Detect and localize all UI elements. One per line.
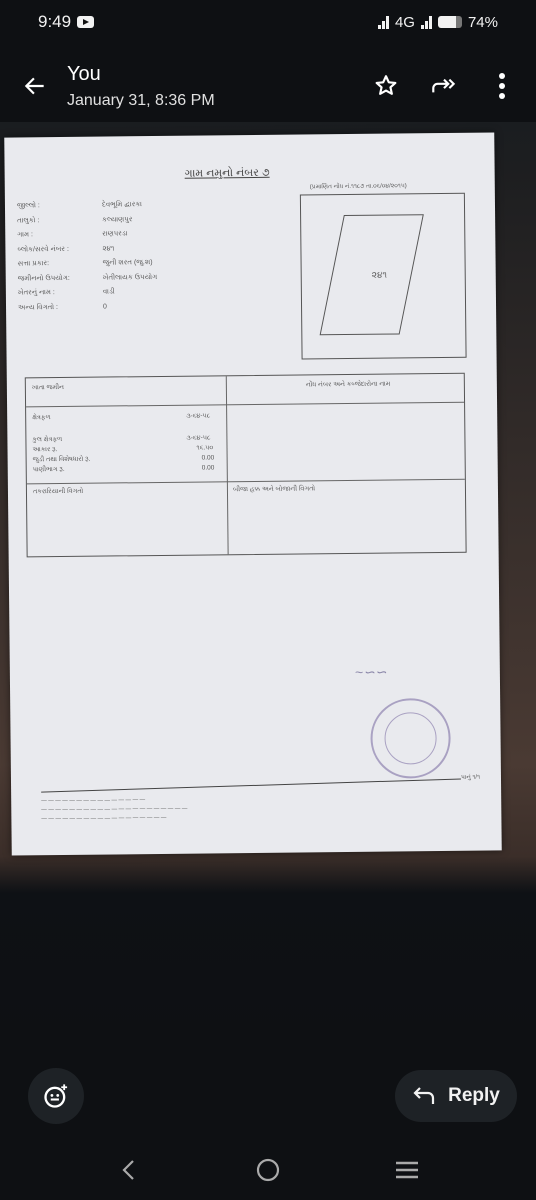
clock: 9:49 [38,12,71,32]
table-cell: 0.00 [202,464,215,471]
status-indicators: 4G 74% [378,14,498,31]
land-table: ખાતા જમીન નોંધ નંબર અને કબ્જેદારોના નામ … [25,373,467,558]
field-value: 0 [103,300,107,315]
table-header-left: ખાતા જમીન [32,384,64,392]
field-value: જુની શરત (જુ.શ) [103,256,153,271]
add-emoji-icon [42,1082,70,1110]
reply-label: Reply [448,1085,500,1107]
field-value: ૨૪૧ [102,242,114,257]
more-vert-icon [497,72,507,100]
menu-lines-icon [394,1159,420,1181]
back-arrow-icon [22,73,48,99]
table-cell: પાણીભાગ રૂ. [33,466,65,474]
field-label: જીલ્લો : [17,199,102,214]
table-cell: ૧૬.૫૦ [196,444,213,452]
table-header-right: નોંધ નંબર અને કબ્જેદારોના નામ [306,381,391,390]
network-type: 4G [395,14,415,31]
footer-text: — — — — — — — — — — — — — — —— — — — — —… [41,796,187,825]
field-row: જમીનનો ઉપયોગ:ખેતીલાયક ઉપયોગ [18,270,158,286]
title-block: You January 31, 8:36 PM [67,63,215,110]
document-paper: ગામ નમુનો નંબર ૭ (પ્રમાણિત નોંધ નં.૧૧૮૭ … [4,132,501,855]
field-row: બ્લોક/સરવે નંબર :૨૪૧ [17,241,157,257]
reply-button[interactable]: Reply [395,1070,517,1122]
star-icon [373,73,399,99]
battery-percent: 74% [468,14,498,31]
bottom-action-bar: Reply [0,1068,536,1124]
forward-button[interactable] [424,66,464,106]
forward-all-icon [429,73,459,99]
field-label: સત્તા પ્રકાર: [18,257,103,272]
field-row: જીલ્લો :દેવભૂમિ દ્વારકા [17,198,157,214]
table-divider [27,479,465,485]
field-label: બ્લોક/સરવે નંબર : [17,242,102,257]
field-value: વાડી [103,285,115,300]
message-timestamp: January 31, 8:36 PM [67,92,215,110]
status-bar: 9:49 4G 74% [0,0,536,44]
table-cell: આકાર રૂ. [32,446,57,454]
nav-home-button[interactable] [244,1146,292,1194]
app-bar: You January 31, 8:36 PM [0,48,536,124]
reply-icon [412,1085,438,1107]
field-label: જમીનનો ઉપયોગ: [18,271,103,286]
youtube-notification-icon [77,16,94,28]
sender-name: You [67,63,215,86]
table-divider [26,402,464,408]
table-cell: 0.00 [202,454,215,461]
table-cell: ૩-૬૪-૫૮ [186,434,210,442]
nav-back-button[interactable] [105,1146,153,1194]
table-cell: ૩-૬૪-૫૮ [186,412,210,420]
field-row: તાલુકો :કલ્યાણપુર [17,212,157,228]
footer-divider [41,778,461,792]
signature: ~∽∽ [355,664,387,681]
field-value: દેવભૂમિ દ્વારકા [102,198,142,213]
field-row: સત્તા પ્રકાર:જુની શરત (જુ.શ) [18,256,158,272]
table-cell: બીજા હક્ક અને બોજાની વિગતો [233,485,315,494]
table-cell: ક્ષેત્રફળ [32,414,51,422]
add-reaction-button[interactable] [28,1068,84,1124]
field-row: અન્ય વિગતો :0 [18,299,158,315]
system-navigation-bar [0,1140,536,1200]
plot-map: ૨૪૧ [300,193,467,360]
table-cell: કુલ ક્ષેત્રફળ [32,436,62,444]
document-title: ગામ નમુનો નંબર ૭ [185,167,270,181]
header-actions [366,66,522,106]
field-label: તાલુકો : [17,213,102,228]
field-value: કલ્યાણપુર [102,213,132,228]
battery-icon [438,16,462,28]
attached-photo[interactable]: ગામ નમુનો નંબર ૭ (પ્રમાણિત નોંધ નં.૧૧૮૭ … [0,122,536,1040]
signal-icon [378,15,389,29]
official-stamp [370,698,451,779]
field-label: ખેતરનું નામ : [18,286,103,301]
field-value: રાણપરડા [102,227,127,242]
field-value: ખેતીલાયક ઉપયોગ [103,270,158,285]
table-divider [226,376,229,554]
field-label: અન્ય વિગતો : [18,300,103,315]
document-reference: (પ્રમાણિત નોંધ નં.૧૧૮૭ તા.૦૬/૦૪/૨૦૧૫) [310,183,407,191]
nav-recents-button[interactable] [383,1146,431,1194]
status-time-group: 9:49 [38,12,94,32]
field-label: ગામ : [17,228,102,243]
signal-icon-2 [421,15,432,29]
field-row: ગામ :રાણપરડા [17,227,157,243]
chevron-left-icon [119,1158,139,1182]
plot-number: ૨૪૧ [372,270,387,281]
star-button[interactable] [366,66,406,106]
home-circle-icon [255,1157,281,1183]
back-button[interactable] [15,66,55,106]
field-list: જીલ્લો :દેવભૂમિ દ્વારકા તાલુકો :કલ્યાણપુ… [17,198,158,315]
page-number: પાનું ૧/૧ [461,775,480,782]
table-cell: તકરારિયાની વિગતો [33,488,83,497]
more-options-button[interactable] [482,66,522,106]
field-row: ખેતરનું નામ :વાડી [18,285,158,301]
table-cell: જુડી તથા વિશેષધારો રૂ. [33,456,91,465]
